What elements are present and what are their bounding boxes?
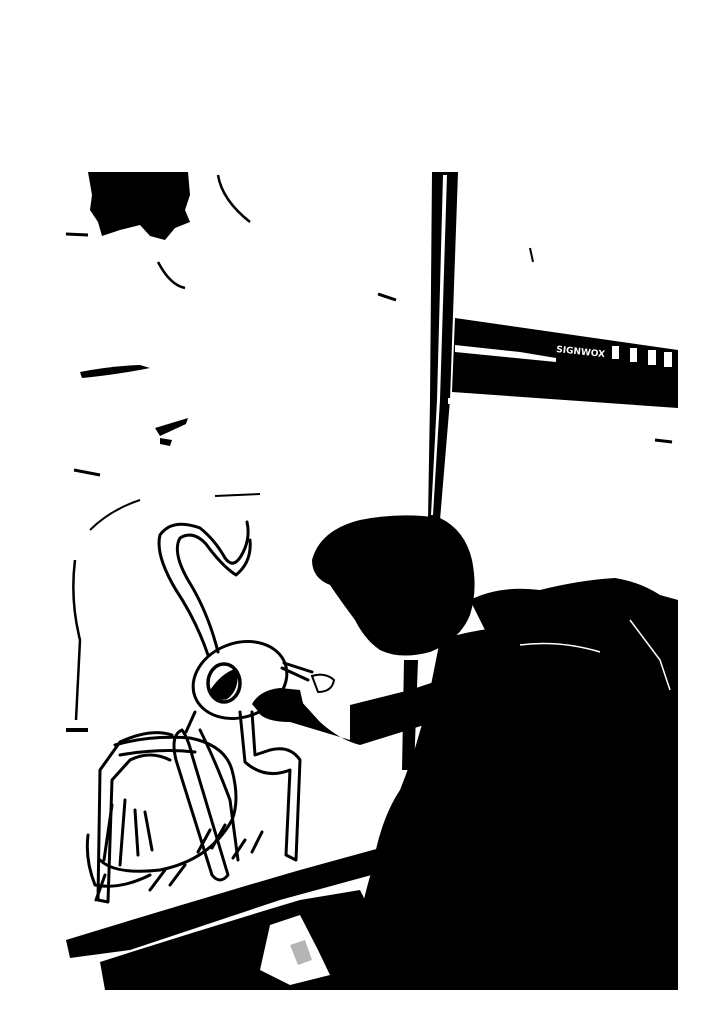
- sign-window: [630, 348, 637, 362]
- sign-window: [648, 350, 656, 365]
- photo-scene: SIGNWOX: [0, 0, 724, 1024]
- wall-mark: [66, 234, 88, 235]
- sign-window: [612, 346, 619, 359]
- wall-mark: [66, 728, 88, 732]
- wall-mark: [655, 440, 672, 442]
- sign-window: [664, 352, 672, 367]
